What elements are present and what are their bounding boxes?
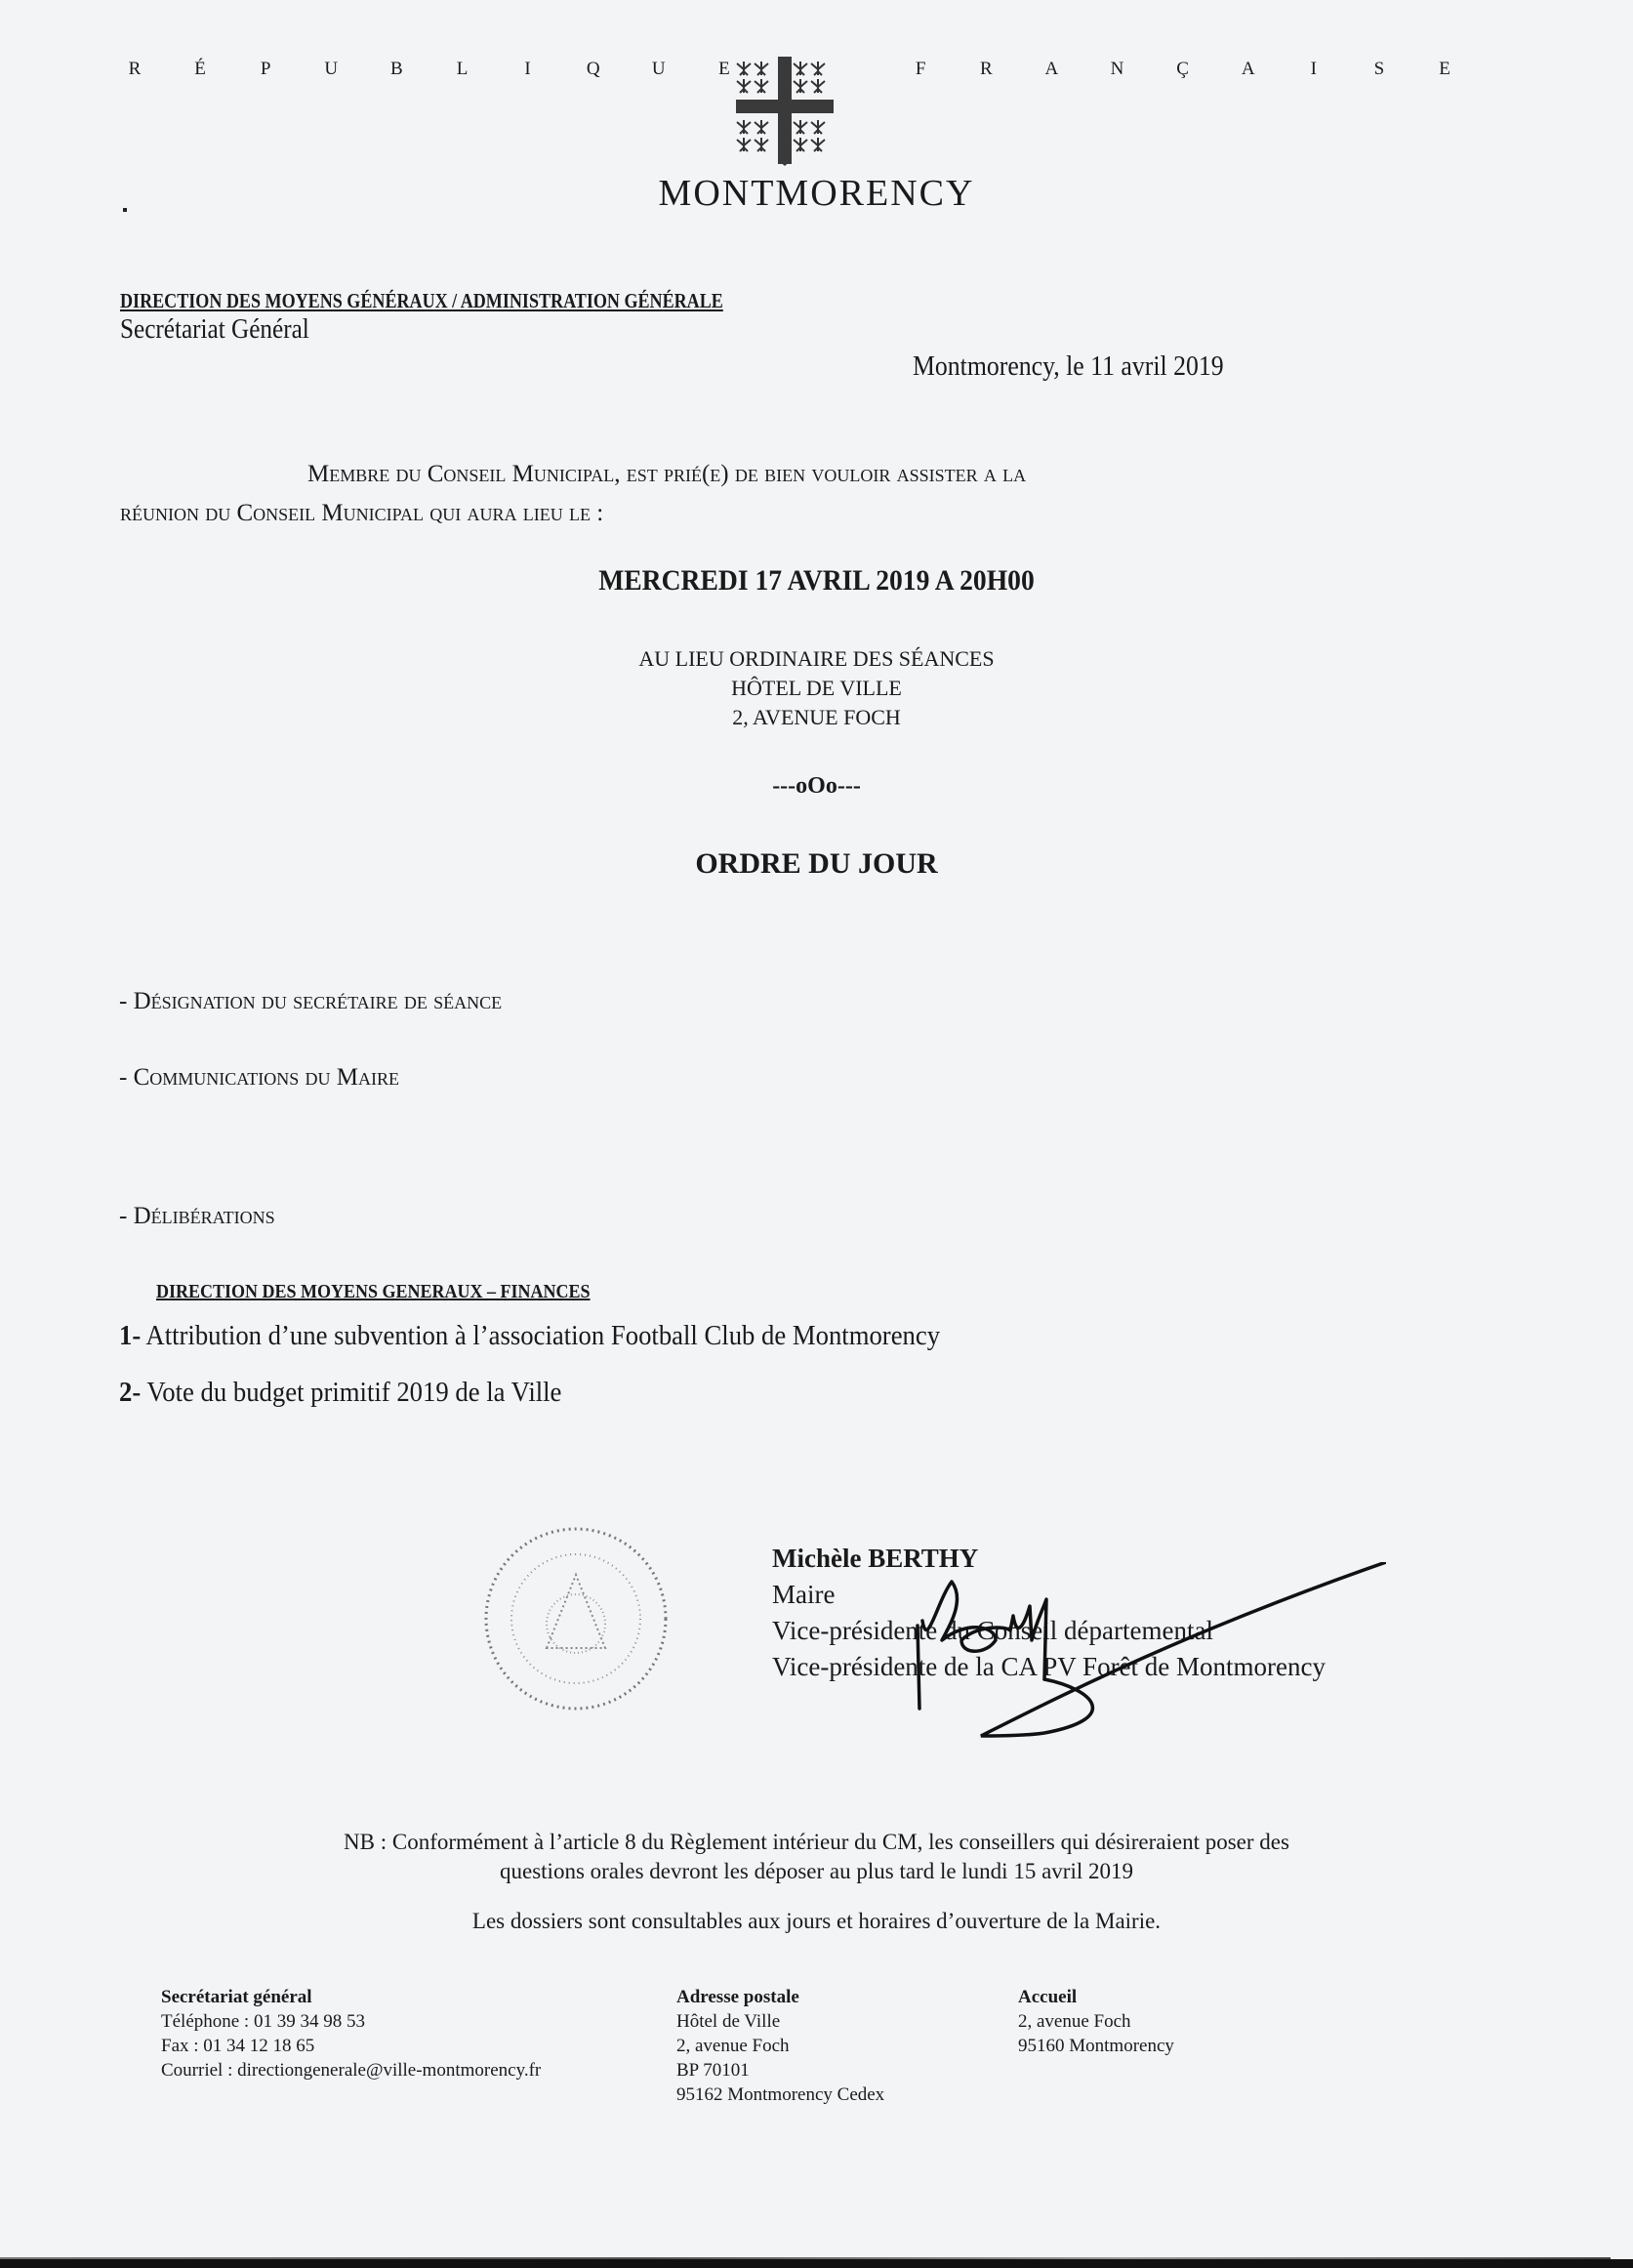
header-letter: É: [194, 59, 206, 80]
signatory-title: Vice-présidente du Conseil départemental: [772, 1613, 1326, 1649]
footer-postal-address: Adresse postale Hôtel de Ville 2, avenue…: [676, 1985, 884, 2107]
montmorency-coat-of-arms-icon: [736, 57, 834, 166]
deliberation-text: Vote du budget primitif 2019 de la Ville: [141, 1377, 561, 1408]
footer-heading: Adresse postale: [676, 1985, 884, 2009]
header-letter: Q: [587, 59, 600, 80]
header-letter: A: [1045, 59, 1059, 80]
invitation-text: Membre du Conseil Municipal, est prié(e)…: [120, 455, 1374, 533]
agenda-title: ORDRE DU JOUR: [0, 847, 1633, 881]
header-letter: A: [1242, 59, 1255, 80]
footer-line: 2, avenue Foch: [676, 2034, 884, 2058]
agenda-item-communications: - Communications du Maire: [119, 1064, 399, 1092]
finance-section-heading: DIRECTION DES MOYENS GENERAUX – FINANCES: [156, 1281, 591, 1303]
letter-date: Montmorency, le 11 avril 2019: [913, 351, 1224, 383]
footer-line: 95162 Montmorency Cedex: [676, 2082, 884, 2107]
department-heading: DIRECTION DES MOYENS GÉNÉRAUX / ADMINIST…: [120, 289, 723, 313]
deliberation-text: Attribution d’une subvention à l’associa…: [141, 1320, 940, 1351]
footer-line: Hôtel de Ville: [676, 2009, 884, 2034]
nb-line: NB : Conformément à l’article 8 du Règle…: [0, 1828, 1633, 1857]
footer-line: 95160 Montmorency: [1018, 2034, 1174, 2058]
footer-phone: Téléphone : 01 39 34 98 53: [161, 2009, 541, 2034]
header-letter: B: [390, 59, 403, 80]
header-letter: U: [324, 59, 338, 80]
meeting-datetime: MERCREDI 17 AVRIL 2019 A 20H00: [65, 564, 1568, 598]
header-letter: S: [1374, 59, 1385, 80]
official-seal-stamp-icon: [478, 1521, 674, 1716]
deliberation-number: 1-: [119, 1320, 141, 1351]
header-letter: U: [652, 59, 666, 80]
city-title: MONTMORENCY: [0, 172, 1633, 215]
consultation-note: Les dossiers sont consultables aux jours…: [0, 1909, 1633, 1934]
header-letter: R: [129, 59, 142, 80]
footer-heading: Secrétariat général: [161, 1985, 541, 2009]
deliberation-number: 2-: [119, 1377, 141, 1408]
header-letter: N: [1111, 59, 1124, 80]
header-letter: E: [718, 59, 730, 80]
nb-line: questions orales devront les déposer au …: [0, 1857, 1633, 1886]
meeting-venue: AU LIEU ORDINAIRE DES SÉANCES HÔTEL DE V…: [0, 644, 1633, 732]
venue-line: 2, AVENUE FOCH: [0, 703, 1633, 732]
header-letter: Ç: [1176, 59, 1189, 80]
scan-speck: [123, 208, 127, 212]
header-letter: I: [524, 59, 530, 80]
deliberation-item: 2- Vote du budget primitif 2019 de la Vi…: [119, 1377, 561, 1409]
nb-note: NB : Conformément à l’article 8 du Règle…: [0, 1828, 1633, 1886]
header-letter: R: [980, 59, 993, 80]
agenda-item-deliberations: - Délibérations: [119, 1203, 275, 1230]
header-letter: E: [1439, 59, 1450, 80]
header-letter: I: [1311, 59, 1317, 80]
invitation-line-1: Membre du Conseil Municipal, est prié(e)…: [307, 461, 1026, 487]
deliberation-item: 1- Attribution d’une subvention à l’asso…: [119, 1320, 940, 1352]
header-letter: L: [457, 59, 469, 80]
footer-line: 2, avenue Foch: [1018, 2009, 1174, 2034]
agenda-item-designation: - Désignation du secrétaire de séance: [119, 988, 502, 1015]
footer-secretariat: Secrétariat général Téléphone : 01 39 34…: [161, 1985, 541, 2082]
service-name: Secrétariat Général: [120, 314, 309, 346]
footer-reception: Accueil 2, avenue Foch 95160 Montmorency: [1018, 1985, 1174, 2058]
header-letter: P: [261, 59, 271, 80]
signatory-block: Michèle BERTHY Maire Vice-présidente du …: [772, 1541, 1326, 1685]
signatory-name: Michèle BERTHY: [772, 1541, 1326, 1577]
scan-edge: [0, 2259, 1633, 2268]
header-letter: F: [916, 59, 926, 80]
signatory-title: Maire: [772, 1577, 1326, 1613]
signatory-title: Vice-présidente de la CA PV Forêt de Mon…: [772, 1649, 1326, 1685]
invitation-line-2: réunion du Conseil Municipal qui aura li…: [120, 500, 603, 526]
section-separator: ---oOo---: [0, 773, 1633, 800]
venue-line: AU LIEU ORDINAIRE DES SÉANCES: [0, 644, 1633, 674]
footer-heading: Accueil: [1018, 1985, 1174, 2009]
venue-line: HÔTEL DE VILLE: [0, 674, 1633, 703]
footer-email: Courriel : directiongenerale@ville-montm…: [161, 2058, 541, 2082]
footer-line: BP 70101: [676, 2058, 884, 2082]
footer-fax: Fax : 01 34 12 18 65: [161, 2034, 541, 2058]
